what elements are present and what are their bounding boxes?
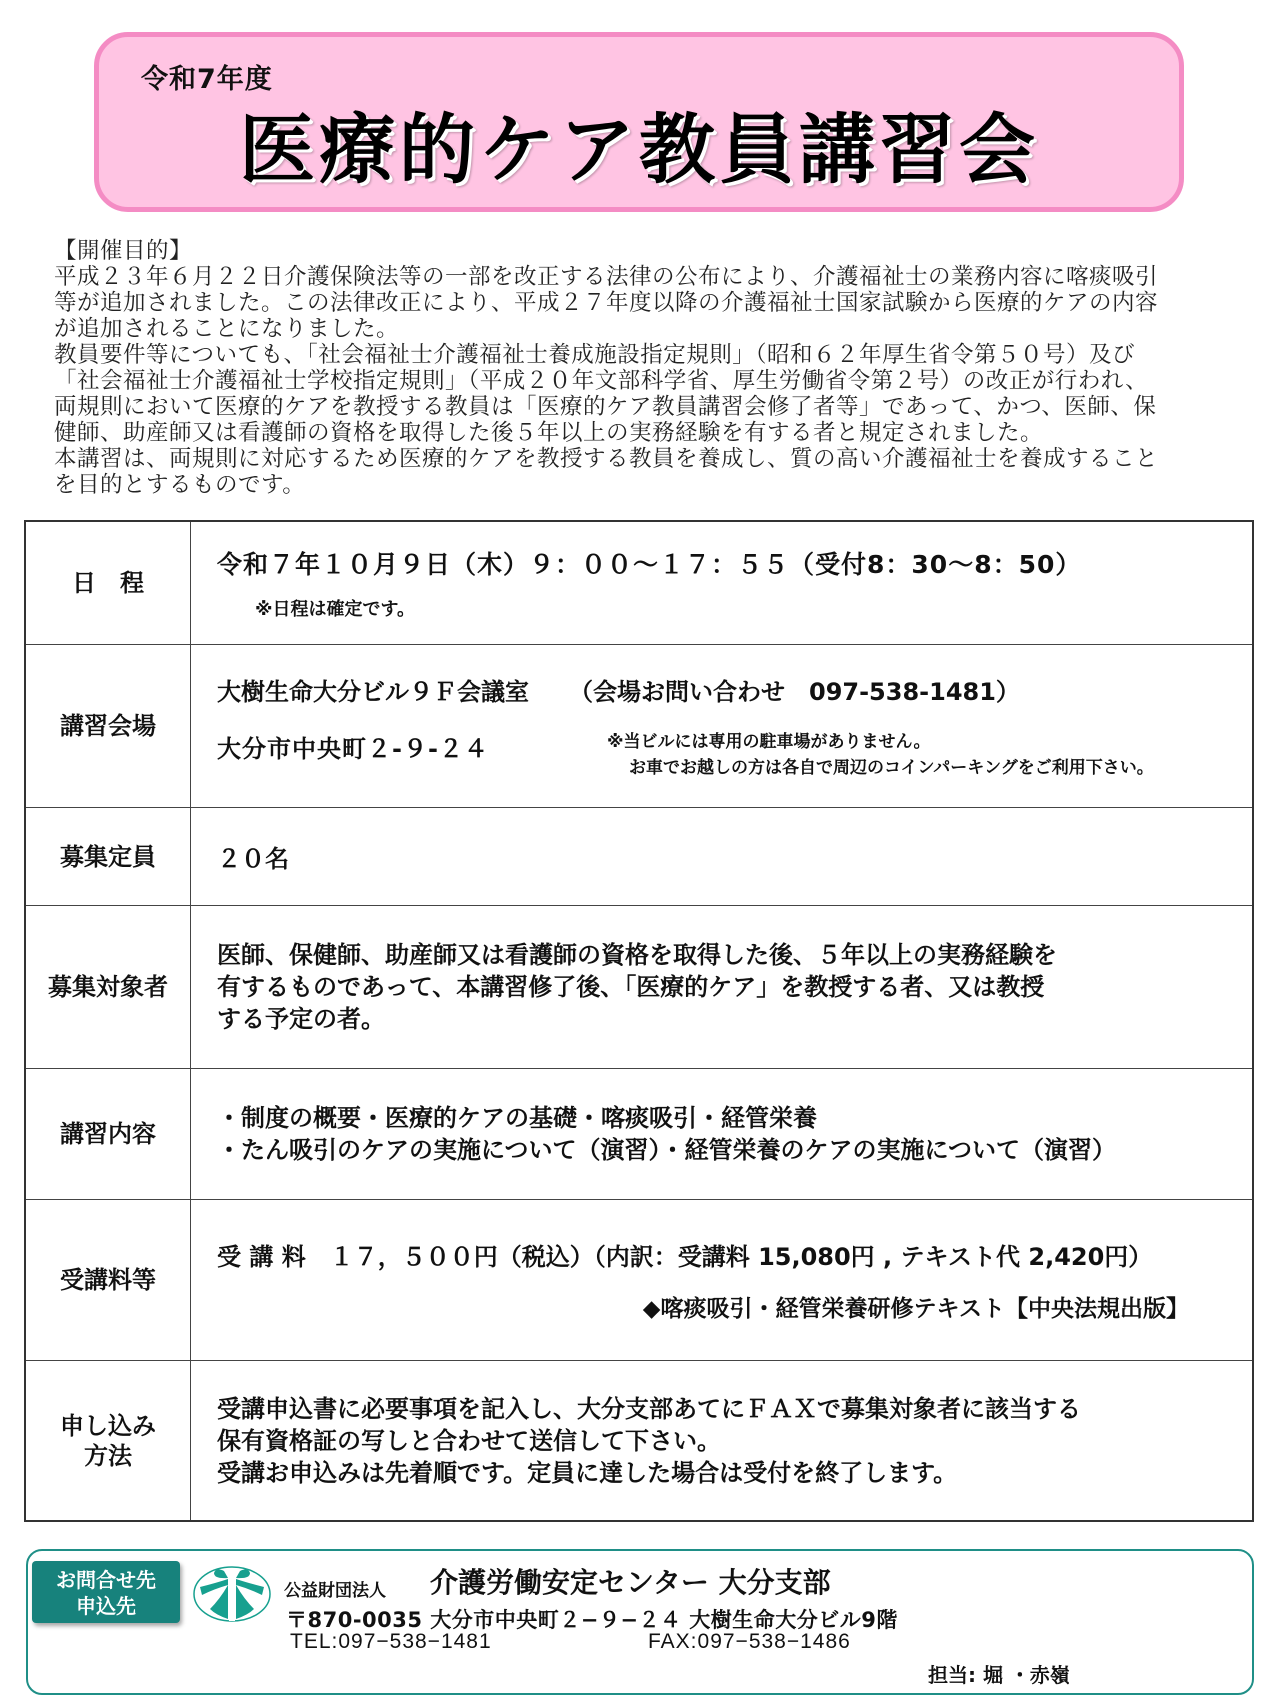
apply-line: 受講お申込みは先着順です。定員に達した場合は受付を終了します。 xyxy=(217,1457,1251,1489)
table-row-content: 講習内容 ・制度の概要・医療的ケアの基礎・喀痰吸引・経管栄養 ・たん吸引のケアの… xyxy=(25,1069,1253,1200)
purpose-line: 両規則において医療的ケアを教授する教員は「医療的ケア教員講習会修了者等」であって… xyxy=(54,394,1234,420)
table-row-fee: 受講料等 受 講 料 １７，５００円（税込）（内訳：受講料 15,080円 , … xyxy=(25,1200,1253,1361)
contact-badge: お問合せ先 申込先 xyxy=(32,1561,180,1623)
table-row-target: 募集対象者 医師、保健師、助産師又は看護師の資格を取得した後、５年以上の実務経験… xyxy=(25,906,1253,1069)
purpose-line: 平成２３年６月２２日介護保険法等の一部を改正する法律の公布により、介護福祉士の業… xyxy=(54,264,1234,290)
purpose-line: を目的とするものです。 xyxy=(54,472,1234,498)
info-table: 日 程 令和７年１０月９日（木）９：００～１７：５５（受付8：30～8：50） … xyxy=(24,520,1254,1522)
fee-label: 受講料等 xyxy=(25,1200,191,1361)
schedule-note: ※日程は確定です。 xyxy=(217,595,1251,621)
title-banner: 令和7年度 医療的ケア教員講習会 xyxy=(94,32,1184,212)
org-name: 介護労働安定センター 大分支部 xyxy=(430,1561,831,1601)
content-label: 講習内容 xyxy=(25,1069,191,1200)
capacity-value: ２０名 xyxy=(191,808,1254,906)
schedule-datetime: 令和７年１０月９日（木）９：００～１７：５５（受付8：30～8：50） xyxy=(217,545,1251,581)
purpose-line: 等が追加されました。この法律改正により、平成２７年度以降の介護福祉士国家試験から… xyxy=(54,290,1234,316)
table-row-apply: 申し込み 方法 受講申込書に必要事項を記入し、大分支部あてにＦＡＸで募集対象者に… xyxy=(25,1361,1253,1522)
target-line: 有するものであって、本講習修了後、「医療的ケア」を教授する者、又は教授 xyxy=(217,971,1251,1003)
apply-line: 受講申込書に必要事項を記入し、大分支部あてにＦＡＸで募集対象者に該当する xyxy=(217,1393,1251,1425)
content-line: ・たん吸引のケアの実施について（演習）・経管栄養のケアの実施について（演習） xyxy=(217,1134,1251,1166)
parking-note-line: お車でお越しの方は各自で周辺のコインパーキングをご利用下さい。 xyxy=(607,755,1154,781)
table-row-capacity: 募集定員 ２０名 xyxy=(25,808,1253,906)
schedule-value: 令和７年１０月９日（木）９：００～１７：５５（受付8：30～8：50） ※日程は… xyxy=(191,521,1254,645)
target-label: 募集対象者 xyxy=(25,906,191,1069)
parking-note-line: ※当ビルには専用の駐車場がありません。 xyxy=(607,729,1154,755)
apply-value: 受講申込書に必要事項を記入し、大分支部あてにＦＡＸで募集対象者に該当する 保有資… xyxy=(191,1361,1254,1522)
purpose-line: 「社会福祉士介護福祉士学校指定規則」（平成２０年文部科学省、厚生労働省令第２号）… xyxy=(54,368,1234,394)
schedule-label: 日 程 xyxy=(25,521,191,645)
capacity-label: 募集定員 xyxy=(25,808,191,906)
apply-label-line: 方法 xyxy=(27,1441,189,1471)
venue-contact: （会場お問い合わせ 097-538-1481） xyxy=(569,672,1020,707)
staff-in-charge: 担当: 堀 ・赤嶺 xyxy=(928,1659,1070,1688)
content-line: ・制度の概要・医療的ケアの基礎・喀痰吸引・経管栄養 xyxy=(217,1102,1251,1134)
purpose-line: 本講習は、両規則に対応するため医療的ケアを教授する教員を養成し、質の高い介護福祉… xyxy=(54,446,1234,472)
org-type: 公益財団法人 xyxy=(284,1576,386,1601)
fee-amount: 受 講 料 １７，５００円（税込）（内訳：受講料 15,080円 , テキスト代… xyxy=(217,1237,1251,1272)
org-tel: TEL:097−538−1481 xyxy=(290,1630,492,1654)
apply-label-line: 申し込み xyxy=(27,1411,189,1441)
badge-line: 申込先 xyxy=(32,1593,180,1619)
apply-label: 申し込み 方法 xyxy=(25,1361,191,1522)
purpose-section: 【開催目的】 平成２３年６月２２日介護保険法等の一部を改正する法律の公布により、… xyxy=(54,238,1234,498)
table-row-venue: 講習会場 大樹生命大分ビル９Ｆ会議室 （会場お問い合わせ 097-538-148… xyxy=(25,645,1253,808)
fee-textbook: ◆喀痰吸引・経管栄養研修テキスト【中央法規出版】 xyxy=(217,1290,1251,1323)
organization-logo-icon xyxy=(192,1565,272,1623)
venue-name: 大樹生命大分ビル９Ｆ会議室 xyxy=(217,672,529,707)
fee-value: 受 講 料 １７，５００円（税込）（内訳：受講料 15,080円 , テキスト代… xyxy=(191,1200,1254,1361)
purpose-line: 健師、助産師又は看護師の資格を取得した後５年以上の実務経験を有する者と規定されま… xyxy=(54,420,1234,446)
content-value: ・制度の概要・医療的ケアの基礎・喀痰吸引・経管栄養 ・たん吸引のケアの実施につい… xyxy=(191,1069,1254,1200)
parking-note: ※当ビルには専用の駐車場がありません。 お車でお越しの方は各自で周辺のコインパー… xyxy=(607,729,1154,781)
apply-line: 保有資格証の写しと合わせて送信して下さい。 xyxy=(217,1425,1251,1457)
target-line: 医師、保健師、助産師又は看護師の資格を取得した後、５年以上の実務経験を xyxy=(217,939,1251,971)
venue-value: 大樹生命大分ビル９Ｆ会議室 （会場お問い合わせ 097-538-1481） 大分… xyxy=(191,645,1254,808)
table-row-schedule: 日 程 令和７年１０月９日（木）９：００～１７：５５（受付8：30～8：50） … xyxy=(25,521,1253,645)
purpose-line: が追加されることになりました。 xyxy=(54,316,1234,342)
purpose-heading: 【開催目的】 xyxy=(54,238,1234,264)
target-value: 医師、保健師、助産師又は看護師の資格を取得した後、５年以上の実務経験を 有するも… xyxy=(191,906,1254,1069)
org-fax: FAX:097−538−1486 xyxy=(648,1630,851,1654)
venue-label: 講習会場 xyxy=(25,645,191,808)
contact-box: お問合せ先 申込先 公益財団法人 介護労働安定センター 大分支部 〒870-00… xyxy=(26,1549,1254,1695)
badge-line: お問合せ先 xyxy=(32,1567,180,1593)
page-title: 医療的ケア教員講習会 xyxy=(239,89,1039,198)
venue-address: 大分市中央町２-９-２４ xyxy=(217,729,607,781)
purpose-line: 教員要件等についても、「社会福祉士介護福祉士養成施設指定規則」（昭和６２年厚生省… xyxy=(54,342,1234,368)
target-line: する予定の者。 xyxy=(217,1003,1251,1035)
